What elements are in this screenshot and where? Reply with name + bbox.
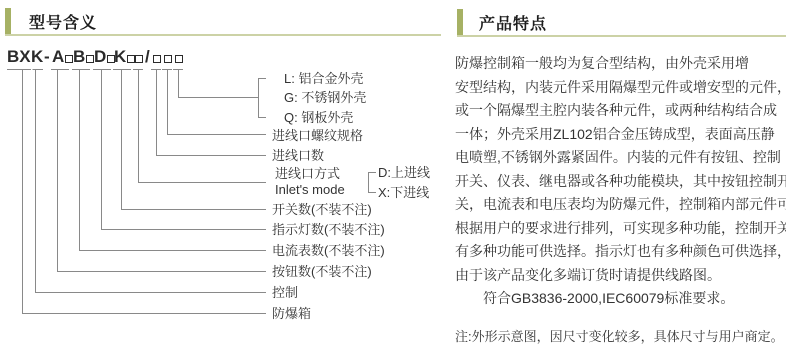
label-inlet-mode-cn: 进线口方式 bbox=[275, 166, 340, 181]
label-inlet-mode-en: Inlet's mode bbox=[275, 182, 345, 197]
paragraph-line: 根据用户的要求进行排列，可实现多种功能，控制开关 bbox=[455, 217, 786, 241]
paragraph-line: 防爆控制箱一般均为复合型结构，由外壳采用增 bbox=[455, 52, 786, 76]
paragraph-line: 安型结构，内装元件采用隔爆型元件或增安型的元件， bbox=[455, 76, 786, 100]
page: 型号含义 产品特点 BX K - A B D K / bbox=[0, 0, 786, 360]
label-shell-stainless: G: 不锈钢外壳 bbox=[284, 90, 366, 105]
paragraph-line: 或一个隔爆型主腔内装各种元件，或两种结构结合成 bbox=[455, 99, 786, 123]
footnote: 注:外形示意图，因尺寸变化较多，具体尺寸与用户商定。 bbox=[455, 326, 784, 345]
paragraph-line: 电喷塑,不锈钢外露紧固件。内装的元件有按钮、控制 bbox=[455, 146, 786, 170]
paragraph-line: 关，电流表和电压表均为防爆元件，控制箱内部元件可 bbox=[455, 193, 786, 217]
label-button-count: 按钮数(不装不注) bbox=[272, 264, 372, 279]
features-paragraph: 防爆控制箱一般均为复合型结构，由外壳采用增 安型结构，内装元件采用隔爆型元件或增… bbox=[455, 52, 786, 311]
paragraph-line: 有多种功能可供选择。指示灯也有多种颜色可供选择， bbox=[455, 240, 786, 264]
paragraph-line: 一体；外壳采用ZL102铝合金压铸成型，表面高压静 bbox=[455, 123, 786, 147]
model-code-leader-lines bbox=[0, 0, 445, 360]
label-inlet-bottom: X:下进线 bbox=[378, 185, 429, 200]
label-control: 控制 bbox=[272, 285, 298, 300]
right-section-title: 产品特点 bbox=[479, 11, 547, 34]
paragraph-line: 开关、仪表、继电器或各种功能模块，其中按钮控制开 bbox=[455, 170, 786, 194]
label-switch-count: 开关数(不装不注) bbox=[272, 202, 372, 217]
label-ammeter-count: 电流表数(不装不注) bbox=[272, 243, 385, 258]
label-explosion-proof-box: 防爆箱 bbox=[272, 306, 311, 321]
section-accent-bar bbox=[457, 9, 463, 35]
section-underline bbox=[457, 35, 786, 37]
label-inlet-top: D:上进线 bbox=[378, 165, 430, 180]
label-shell-steel: Q: 钢板外壳 bbox=[284, 110, 353, 125]
paragraph-line: 由于该产品变化多端订货时请提供线路图。 bbox=[455, 264, 786, 288]
label-shell-aluminum: L: 铝合金外壳 bbox=[284, 71, 363, 86]
label-thread-spec: 进线口螺纹规格 bbox=[272, 128, 363, 143]
label-lamp-count: 指示灯数(不装不注) bbox=[272, 222, 385, 237]
standards-line: 符合GB3836-2000,IEC60079标准要求。 bbox=[455, 287, 786, 311]
label-inlet-count: 进线口数 bbox=[272, 148, 324, 163]
